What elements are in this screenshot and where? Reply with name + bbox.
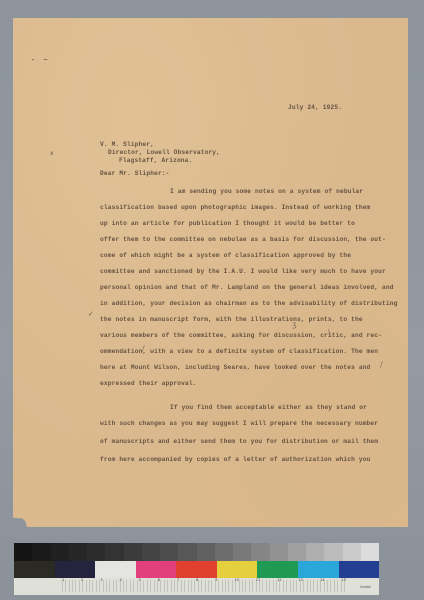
- body-line: with such changes as you may suggest I w…: [100, 420, 378, 427]
- gray-step-swatch: [160, 543, 178, 561]
- recipient-name: V. M. Slipher,: [100, 141, 154, 148]
- measurement-ruler: 123456789101112131415 Kodak: [14, 578, 379, 595]
- recipient-location: Flagstaff, Arizona.: [119, 157, 192, 164]
- color-patch-swatch: [298, 561, 339, 578]
- marginal-check-mark: ✓: [88, 310, 94, 318]
- body-line: here at Mount Wilson, including Seares, …: [100, 364, 370, 371]
- color-patch-swatch: [136, 561, 177, 578]
- gray-step-swatch: [14, 543, 32, 561]
- gray-step-swatch: [251, 543, 269, 561]
- ruler-number: 8: [196, 578, 198, 584]
- body-line: up into an article for publication I tho…: [100, 220, 355, 227]
- color-patch-swatch: [176, 561, 217, 578]
- color-patch-swatch: [55, 561, 96, 578]
- gray-step-swatch: [32, 543, 50, 561]
- color-calibration-target: 123456789101112131415 Kodak: [14, 543, 379, 595]
- letter-date: July 24, 1925.: [288, 104, 342, 111]
- gray-step-swatch: [361, 543, 379, 561]
- body-line: personal opinion and that of Mr. Lamplan…: [100, 284, 394, 291]
- corner-mark: - ~: [31, 59, 61, 63]
- body-line: classification based upon photographic i…: [100, 204, 370, 211]
- body-line: come of which might be a system of class…: [100, 252, 351, 259]
- ruler-brand: Kodak: [360, 585, 371, 589]
- ruler-number: 13: [299, 578, 303, 584]
- body-line: committee and sanctioned by the I.A.U. I…: [100, 268, 386, 275]
- gray-step-swatch: [105, 543, 123, 561]
- marginal-x-mark: x: [50, 150, 54, 157]
- gray-step-swatch: [142, 543, 160, 561]
- pencil-margin-mark: ∕: [380, 360, 383, 369]
- salutation: Dear Mr. Slipher:-: [100, 170, 170, 177]
- gray-step-swatch: [87, 543, 105, 561]
- body-line: I am sending you some notes on a system …: [170, 188, 363, 195]
- pencil-annotation-mark: ʒ: [292, 320, 297, 329]
- ruler-number: 3: [100, 578, 102, 584]
- ruler-number: 4: [119, 578, 121, 584]
- ruler-number: 14: [320, 578, 324, 584]
- ruler-number: 2: [81, 578, 83, 584]
- ruler-number: 12: [277, 578, 281, 584]
- recipient-title: Director, Lowell Observatory,: [108, 149, 220, 156]
- gray-step-swatch: [124, 543, 142, 561]
- body-line: the notes in manuscript form, with the i…: [100, 316, 363, 323]
- color-patch-swatch: [95, 561, 136, 578]
- body-line: offer them to the committee on nebulae a…: [100, 236, 386, 243]
- gray-step-swatch: [233, 543, 251, 561]
- ruler-number: 11: [256, 578, 260, 584]
- ruler-number: 6: [158, 578, 160, 584]
- ruler-numbers: 123456789101112131415: [62, 578, 346, 584]
- body-line: in addition, your decision as chairman a…: [100, 300, 397, 307]
- ruler-number: 9: [215, 578, 217, 584]
- color-patch-swatch: [217, 561, 258, 578]
- body-line: from here accompanied by copies of a let…: [100, 456, 370, 463]
- color-patch-swatch: [14, 561, 55, 578]
- gray-step-swatch: [51, 543, 69, 561]
- color-patch-swatch: [257, 561, 298, 578]
- gray-step-swatch: [197, 543, 215, 561]
- gray-step-swatch: [288, 543, 306, 561]
- color-patches: [14, 561, 379, 578]
- body-line: If you find them acceptable either as th…: [170, 404, 367, 411]
- color-patch-swatch: [339, 561, 380, 578]
- body-line: various members of the committee, asking…: [100, 332, 382, 339]
- gray-step-swatch: [343, 543, 361, 561]
- ruler-number: 1: [62, 578, 64, 584]
- gray-step-swatch: [306, 543, 324, 561]
- ruler-number: 7: [177, 578, 179, 584]
- gray-step-swatch: [178, 543, 196, 561]
- gray-step-swatch: [270, 543, 288, 561]
- ruler-number: 15: [341, 578, 345, 584]
- ruler-number: 10: [234, 578, 238, 584]
- body-line: expressed their approval.: [100, 380, 197, 387]
- gray-step-swatch: [215, 543, 233, 561]
- gray-step-swatch: [324, 543, 342, 561]
- grayscale-steps: [14, 543, 379, 561]
- ruler-number: 5: [139, 578, 141, 584]
- gray-step-swatch: [69, 543, 87, 561]
- pencil-insert-mark: /: [142, 344, 145, 353]
- body-line: of manuscripts and either send them to y…: [100, 438, 378, 445]
